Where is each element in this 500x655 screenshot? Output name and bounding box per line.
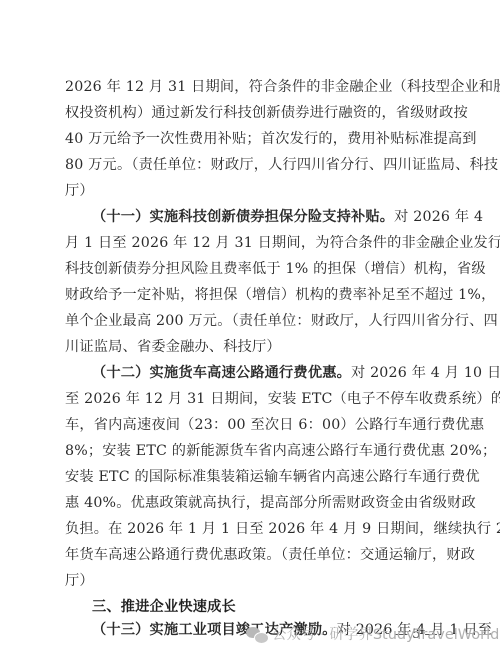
section-11-text: 对 2026 年 4 [394,207,483,227]
section-11-first-line: （十一）实施科技创新债券担保分险支持补贴。 对 2026 年 4 [92,207,436,227]
paragraph-line: 单个企业最高 200 万元。（责任单位：财政厅，人行四川省分行、四 [65,311,436,331]
paragraph-line: 年货车高速公路通行费优惠政策。（责任单位：交通运输厅，财政 [65,545,436,565]
watermark-text: 公众号 · 研学界StudyTravelWorld [272,624,499,646]
paragraph-line: 80 万元。（责任单位：财政厅，人行四川省分行、四川证监局、科技 [65,155,436,175]
document-page: 2026 年 12 月 31 日期间，符合条件的非金融企业（科技型企业和股 权投… [0,0,500,655]
paragraph-line: 权投资机构）通过新发行科技创新债券进行融资的，省级财政按 [65,103,436,123]
paragraph-line: 惠 40%。优惠政策就高执行，提高部分所需财政资金由省级财政 [65,493,436,513]
section-11-heading: （十一）实施科技创新债券担保分险支持补贴。 [92,207,394,227]
paragraph-line: 8%；安装 ETC 的新能源货车省内高速公路行车通行费优惠 20%； [65,441,436,461]
section-12-first-line: （十二）实施货车高速公路通行费优惠。 对 2026 年 4 月 10 日 [92,363,436,383]
paragraph-line: 月 1 日至 2026 年 12 月 31 日期间，为符合条件的非金融企业发行 [65,233,436,253]
section-12-heading: （十二）实施货车高速公路通行费优惠。 [92,363,351,383]
paragraph-line: 厅） [65,181,436,201]
paragraph-line: 负担。在 2026 年 1 月 1 日至 2026 年 4 月 9 日期间，继续… [65,519,436,539]
paragraph-line: 2026 年 12 月 31 日期间，符合条件的非金融企业（科技型企业和股 [65,77,436,97]
paragraph-line: 车，省内高速夜间（23：00 至次日 6：00）公路行车通行费优惠 [65,415,436,435]
paragraph-line: 厅） [65,571,436,591]
paragraph-line: 川证监局、省委金融办、科技厅） [65,337,436,357]
paragraph-line: 安装 ETC 的国际标准集装箱运输车辆省内高速公路行车通行费优 [65,467,436,487]
paragraph-line: 40 万元给予一次性费用补贴；首次发行的，费用补贴标准提高到 [65,129,436,149]
section-12-text: 对 2026 年 4 月 10 日 [351,363,500,383]
paragraph-line: 至 2026 年 12 月 31 日期间，安装 ETC（电子不停车收费系统）的货 [65,389,436,409]
paragraph-line: 科技创新债券分担风险且费率低于 1% 的担保（增信）机构，省级 [65,259,436,279]
watermark: 公众号 · 研学界StudyTravelWorld [246,624,499,646]
chapter-3-heading: 三、推进企业快速成长 [92,597,436,617]
wechat-icon [246,626,268,644]
paragraph-line: 财政给予一定补贴，将担保（增信）机构的费率补足至不超过 1%， [65,285,436,305]
